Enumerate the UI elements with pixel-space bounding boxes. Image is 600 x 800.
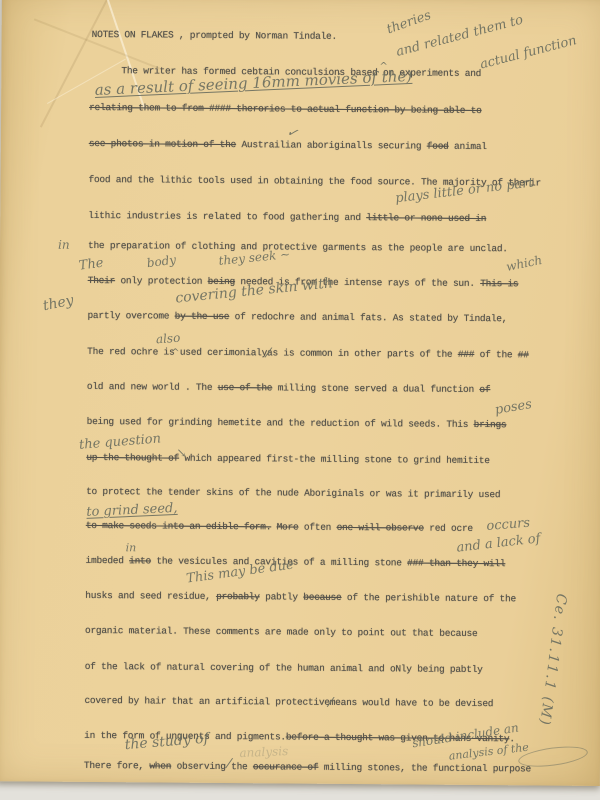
typed-segment: NOTES ON FLAKES , prompted by Norman Tin… (92, 29, 337, 42)
handwritten-annotation: analysis (239, 744, 288, 760)
typed-segment-struckthrough: probably (216, 591, 260, 602)
typed-segment-struckthrough: brings (474, 419, 507, 430)
typed-segment-struckthrough: ## (518, 349, 529, 360)
handwritten-annotation: The (78, 256, 105, 274)
handwritten-annotation: occurs (486, 516, 531, 534)
typed-line: partly overcome by the use of redochre a… (87, 310, 507, 325)
typed-line: organic material. These comments are mad… (85, 625, 478, 640)
handwritten-annotation: body (146, 253, 177, 271)
typed-segment-struckthrough: to make seeds into an edible form. (86, 520, 271, 532)
typed-segment: pabtly (260, 591, 304, 602)
typed-segment: of the lack of natural covering of the h… (85, 661, 483, 675)
typed-segment: lithic industries is related to food gat… (88, 210, 366, 223)
typed-line: imbeded into the vesicules and cavities … (86, 555, 506, 570)
typed-segment-struckthrough: one will observe (337, 522, 424, 534)
handwritten-annotation: also (155, 331, 180, 347)
typed-segment: of the perishible nature of the (341, 592, 516, 604)
typed-line: husks and seed residue, probably pabtly … (85, 590, 516, 605)
typed-segment-struckthrough: This is (480, 278, 518, 289)
typed-segment-struckthrough: ### (458, 349, 474, 360)
typed-segment: red ocre (424, 523, 473, 534)
handwritten-annotation: in (58, 238, 70, 252)
typed-line: to protect the tender skins of the nude … (86, 486, 500, 501)
handwritten-annotation: ↘ (176, 446, 186, 460)
typed-segment-struckthrough: ### than they will (407, 557, 505, 569)
typed-segment: to protect the tender skins of the nude … (86, 486, 500, 500)
handwritten-annotation: to grind seed, (86, 501, 178, 520)
typed-segment-struckthrough: because (303, 592, 341, 603)
typed-segment-struckthrough: into (129, 555, 151, 566)
typed-line: to make seeds into an edible form. More … (86, 520, 473, 535)
typed-segment-struckthrough: see photos in motion of the (89, 138, 236, 150)
typed-segment: organic material. These comments are mad… (85, 625, 478, 639)
handwritten-annotation: poses (494, 397, 533, 418)
typed-segment: of the (474, 349, 518, 360)
typed-segment-struckthrough: up the thought of (86, 452, 179, 464)
typed-line: see photos in motion of the Austrailian … (89, 138, 487, 153)
typed-segment: partly overcome (87, 310, 174, 322)
typed-line: relating them to from #### therories to … (89, 102, 482, 117)
typed-line: lithic industries is related to food gat… (88, 210, 486, 225)
typed-segment-struckthrough: occurance of (253, 761, 319, 773)
typed-segment: being used for grinding hemetite and the… (87, 416, 474, 430)
handwritten-annotation: ^ (171, 348, 179, 359)
typed-segment-struckthrough: use of the (218, 382, 273, 393)
typed-segment-struckthrough: little or none used in (366, 212, 486, 224)
typed-segment-struckthrough: relating them to from #### therories to … (89, 102, 482, 116)
typed-line: of the lack of natural covering of the h… (85, 661, 483, 676)
typed-segment: milling stones, the functional purpose (318, 762, 531, 775)
typed-segment: husks and seed residue, (85, 590, 216, 602)
paper-crease (34, 18, 160, 69)
typed-segment: animal (449, 141, 487, 152)
typed-line: The red ochre is used cerimonialyas is c… (87, 346, 529, 361)
handwritten-annotation: Ce. 31.11.1 (M) (536, 593, 569, 727)
typed-segment: The red ochre is used cerimonialyas is c… (87, 346, 458, 360)
handwritten-annotation: actual function (479, 33, 579, 72)
typed-line: the preparation of clothing and protecti… (88, 240, 508, 255)
typed-segment-struckthrough: by the use (175, 311, 230, 322)
typed-line: There fore, when observing the occurance… (84, 760, 531, 776)
typed-segment: covered by hair that an artificial prote… (84, 695, 493, 709)
scanned-document: NOTES ON FLAKES , prompted by Norman Tin… (0, 0, 600, 800)
typed-segment: There fore, (84, 760, 150, 772)
handwritten-annotation: they (42, 292, 75, 314)
typed-segment: observing the (171, 761, 253, 773)
typed-segment-struckthrough: More (277, 521, 299, 532)
handwritten-annotation: the question (79, 431, 162, 452)
typed-segment-struckthrough: Their (88, 275, 115, 286)
typed-segment: of redochre and animal fats. As stated b… (229, 311, 507, 324)
typed-line: being used for grinding hemetite and the… (87, 416, 507, 431)
typed-segment-struckthrough: when (149, 760, 171, 771)
document-title-line: NOTES ON FLAKES , prompted by Norman Tin… (92, 29, 337, 43)
typed-segment: only protection (115, 275, 208, 287)
typed-segment: which appeared first-the milling stone t… (179, 453, 490, 466)
typed-line: up the thought of which appeared first-t… (86, 452, 489, 467)
typed-segment: the preparation of clothing and protecti… (88, 240, 508, 254)
typed-segment: imbeded (86, 555, 130, 566)
typed-segment-struckthrough: of (479, 384, 490, 395)
typed-segment: often (298, 522, 336, 533)
handwritten-annotation: in (126, 541, 137, 554)
typed-line: old and new world . The use of the milli… (87, 381, 490, 396)
typed-segment: old and new world . The (87, 381, 218, 393)
handwritten-annotation: which (505, 253, 543, 274)
typed-line: covered by hair that an artificial prote… (84, 695, 493, 710)
handwritten-annotation: theries (385, 8, 433, 38)
paper-sheet: NOTES ON FLAKES , prompted by Norman Tin… (0, 0, 600, 786)
typed-segment: Austrailian aboriginalls securing (236, 139, 427, 151)
typed-segment: milling stone served a dual function (272, 382, 479, 395)
typed-segment-struckthrough: food (427, 141, 449, 152)
